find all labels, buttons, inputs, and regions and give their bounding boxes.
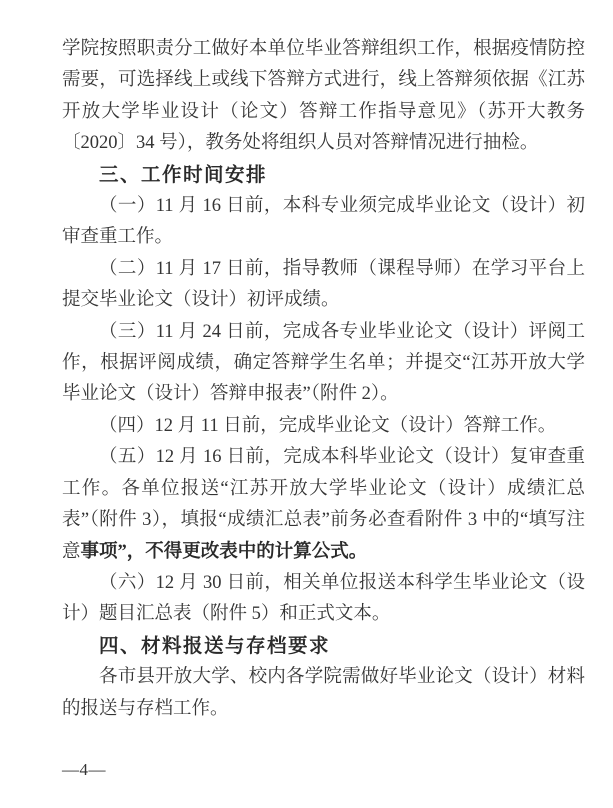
paragraph: （三）11 月 24 日前，完成各专业毕业论文（设计）评阅工作，根据评阅成绩，确… <box>62 317 585 411</box>
text-segment: （一）11 月 16 日前，本科专业须完成毕业论文（设计）初审查重工作。 <box>62 196 585 247</box>
paragraph: （一）11 月 16 日前，本科专业须完成毕业论文（设计）初审查重工作。 <box>62 191 585 254</box>
paragraph: （六）12 月 30 日前，相关单位报送本科学生毕业论文（设计）题目汇总表（附件… <box>62 568 585 631</box>
section-heading: 三、工作时间安排 <box>62 160 585 191</box>
text-segment: 学院按照职责分工做好本单位毕业答辩组织工作，根据疫情防控需要，可选择线上或线下答… <box>62 39 585 153</box>
paragraph: （四）12 月 11 日前，完成毕业论文（设计）答辩工作。 <box>62 411 585 442</box>
document-body: 学院按照职责分工做好本单位毕业答辩组织工作，根据疫情防控需要，可选择线上或线下答… <box>62 34 585 725</box>
page-footer: —4— <box>62 760 106 780</box>
text-segment: 事项”，不得更改表中的计算公式。 <box>81 542 368 562</box>
text-segment: （四）12 月 11 日前，完成毕业论文（设计）答辩工作。 <box>99 416 556 436</box>
text-segment: 四、材料报送与存档要求 <box>99 635 330 657</box>
paragraph: （五）12 月 16 日前，完成本科毕业论文（设计）复审查重工作。各单位报送“江… <box>62 442 585 568</box>
paragraph: 学院按照职责分工做好本单位毕业答辩组织工作，根据疫情防控需要，可选择线上或线下答… <box>62 34 585 160</box>
paragraph: （二）11 月 17 日前，指导教师（课程导师）在学习平台上提交毕业论文（设计）… <box>62 254 585 317</box>
document-page: 学院按照职责分工做好本单位毕业答辩组织工作，根据疫情防控需要，可选择线上或线下答… <box>0 0 613 808</box>
paragraph: 各市县开放大学、校内各学院需做好毕业论文（设计）材料的报送与存档工作。 <box>62 662 585 725</box>
text-segment: （三）11 月 24 日前，完成各专业毕业论文（设计）评阅工作，根据评阅成绩，确… <box>62 322 585 405</box>
text-segment: 三、工作时间安排 <box>99 164 267 186</box>
text-segment: 各市县开放大学、校内各学院需做好毕业论文（设计）材料的报送与存档工作。 <box>62 667 585 718</box>
page-number: —4— <box>62 760 106 779</box>
text-segment: （二）11 月 17 日前，指导教师（课程导师）在学习平台上提交毕业论文（设计）… <box>62 259 585 310</box>
text-segment: （六）12 月 30 日前，相关单位报送本科学生毕业论文（设计）题目汇总表（附件… <box>62 573 585 624</box>
section-heading: 四、材料报送与存档要求 <box>62 631 585 662</box>
